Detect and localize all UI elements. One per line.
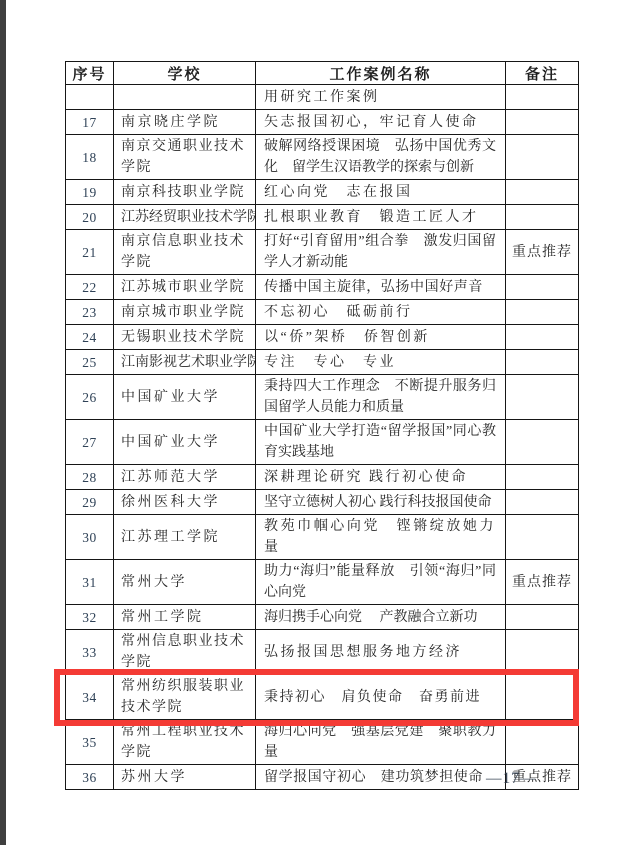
table-row: 27 中国矿业大学 中国矿业大学打造“留学报国”同心教育实践基地 xyxy=(66,420,579,465)
row-number xyxy=(66,85,114,110)
table-row: 33 常州信息职业技术学院 弘扬报国思想服务地方经济 xyxy=(66,630,579,675)
case-cell: 不忘初心 砥砺前行 xyxy=(256,300,506,325)
row-number: 19 xyxy=(66,180,114,205)
case-cell: 教苑巾帼心向党 铿锵绽放她力量 xyxy=(256,515,506,560)
case-cell: 留学报国守初心 建功筑梦担使命 xyxy=(256,765,506,790)
table-row: 32 常州工学院 海归携手心向党 产教融合立新功 xyxy=(66,605,579,630)
note-cell xyxy=(506,375,579,420)
school-cell: 江苏城市职业学院 xyxy=(114,275,256,300)
case-cell: 海归携手心向党 产教融合立新功 xyxy=(256,605,506,630)
school-cell: 常州工程职业技术学院 xyxy=(114,720,256,765)
table-row: 26 中国矿业大学 秉持四大工作理念 不断提升服务归国留学人员能力和质量 xyxy=(66,375,579,420)
row-number: 26 xyxy=(66,375,114,420)
table-row: 25 江南影视艺术职业学院 专注 专心 专业 xyxy=(66,350,579,375)
school-cell: 常州信息职业技术学院 xyxy=(114,630,256,675)
case-cell: 矢志报国初心，牢记育人使命 xyxy=(256,110,506,135)
note-cell xyxy=(506,350,579,375)
note-cell xyxy=(506,85,579,110)
table-row: 29 徐州医科大学 坚守立德树人初心 践行科技报国使命 xyxy=(66,490,579,515)
school-cell: 苏州大学 xyxy=(114,765,256,790)
case-cell: 中国矿业大学打造“留学报国”同心教育实践基地 xyxy=(256,420,506,465)
school-cell: 南京晓庄学院 xyxy=(114,110,256,135)
school-cell: 南京城市职业学院 xyxy=(114,300,256,325)
row-number: 32 xyxy=(66,605,114,630)
highlighted-row: 34 常州纺织服装职业技术学院 秉持初心 肩负使命 奋勇前进 xyxy=(66,675,579,720)
column-header-case: 工作案例名称 xyxy=(256,62,506,85)
school-cell: 江苏理工学院 xyxy=(114,515,256,560)
row-number: 31 xyxy=(66,560,114,605)
school-cell: 常州纺织服装职业技术学院 xyxy=(114,675,256,720)
table-row: 20 江苏经贸职业技术学院 扎根职业教育 锻造工匠人才 xyxy=(66,205,579,230)
row-number: 23 xyxy=(66,300,114,325)
table-row: 28 江苏师范大学 深耕理论研究 践行初心使命 xyxy=(66,465,579,490)
column-header-no: 序号 xyxy=(66,62,114,85)
table-row: 19 南京科技职业学院 红心向党 志在报国 xyxy=(66,180,579,205)
school-cell: 中国矿业大学 xyxy=(114,375,256,420)
table-row: 24 无锡职业技术学院 以“侨”架桥 侨智创新 xyxy=(66,325,579,350)
row-number: 29 xyxy=(66,490,114,515)
note-cell xyxy=(506,605,579,630)
note-cell xyxy=(506,515,579,560)
row-number: 25 xyxy=(66,350,114,375)
row-number: 22 xyxy=(66,275,114,300)
school-cell: 常州大学 xyxy=(114,560,256,605)
table-header-row: 序号 学校 工作案例名称 备注 xyxy=(66,62,579,85)
note-cell: 重点推荐 xyxy=(506,230,579,275)
page-number: —17— xyxy=(486,770,537,788)
note-cell xyxy=(506,325,579,350)
row-number: 17 xyxy=(66,110,114,135)
case-cell: 弘扬报国思想服务地方经济 xyxy=(256,630,506,675)
table-row: 17 南京晓庄学院 矢志报国初心，牢记育人使命 xyxy=(66,110,579,135)
note-cell xyxy=(506,720,579,765)
school-cell xyxy=(114,85,256,110)
row-number: 33 xyxy=(66,630,114,675)
column-header-note: 备注 xyxy=(506,62,579,85)
school-cell: 江苏经贸职业技术学院 xyxy=(114,205,256,230)
note-cell xyxy=(506,110,579,135)
school-cell: 江苏师范大学 xyxy=(114,465,256,490)
page-edge-shadow xyxy=(0,0,6,845)
school-cell: 无锡职业技术学院 xyxy=(114,325,256,350)
row-number: 28 xyxy=(66,465,114,490)
table-row: 21 南京信息职业技术学院 打好“引育留用”组合拳 激发归国留学人才新动能 重点… xyxy=(66,230,579,275)
school-cell: 南京科技职业学院 xyxy=(114,180,256,205)
school-cell: 南京交通职业技术学院 xyxy=(114,135,256,180)
case-cell: 坚守立德树人初心 践行科技报国使命 xyxy=(256,490,506,515)
note-cell xyxy=(506,465,579,490)
case-cell: 深耕理论研究 践行初心使命 xyxy=(256,465,506,490)
case-cell: 海归心向党 强基层党建 聚职教力量 xyxy=(256,720,506,765)
case-cell: 秉持初心 肩负使命 奋勇前进 xyxy=(256,675,506,720)
note-cell xyxy=(506,205,579,230)
row-number: 35 xyxy=(66,720,114,765)
table-row: 用研究工作案例 xyxy=(66,85,579,110)
row-number: 24 xyxy=(66,325,114,350)
case-cell: 助力“海归”能量释放 引领“海归”同心向党 xyxy=(256,560,506,605)
case-cell: 传播中国主旋律，弘扬中国好声音 xyxy=(256,275,506,300)
row-number: 18 xyxy=(66,135,114,180)
table-row: 31 常州大学 助力“海归”能量释放 引领“海归”同心向党 重点推荐 xyxy=(66,560,579,605)
school-cell: 常州工学院 xyxy=(114,605,256,630)
note-cell xyxy=(506,180,579,205)
scanned-document-page: { "document": { "page_number": "—17—" },… xyxy=(0,0,638,845)
note-cell xyxy=(506,300,579,325)
column-header-school: 学校 xyxy=(114,62,256,85)
note-cell xyxy=(506,420,579,465)
case-cell: 用研究工作案例 xyxy=(256,85,506,110)
note-cell xyxy=(506,490,579,515)
table-row: 22 江苏城市职业学院 传播中国主旋律，弘扬中国好声音 xyxy=(66,275,579,300)
row-number: 20 xyxy=(66,205,114,230)
case-cell: 以“侨”架桥 侨智创新 xyxy=(256,325,506,350)
table-row: 18 南京交通职业技术学院 破解网络授课困境 弘扬中国优秀文化 留学生汉语教学的… xyxy=(66,135,579,180)
case-cell: 扎根职业教育 锻造工匠人才 xyxy=(256,205,506,230)
school-cell: 南京信息职业技术学院 xyxy=(114,230,256,275)
row-number: 36 xyxy=(66,765,114,790)
table-row: 35 常州工程职业技术学院 海归心向党 强基层党建 聚职教力量 xyxy=(66,720,579,765)
table-row: 23 南京城市职业学院 不忘初心 砥砺前行 xyxy=(66,300,579,325)
note-cell xyxy=(506,630,579,675)
row-number: 30 xyxy=(66,515,114,560)
row-number: 34 xyxy=(66,675,114,720)
school-cell: 中国矿业大学 xyxy=(114,420,256,465)
table-row: 30 江苏理工学院 教苑巾帼心向党 铿锵绽放她力量 xyxy=(66,515,579,560)
case-cell: 专注 专心 专业 xyxy=(256,350,506,375)
row-number: 21 xyxy=(66,230,114,275)
school-cell: 徐州医科大学 xyxy=(114,490,256,515)
note-cell xyxy=(506,135,579,180)
cases-table: 序号 学校 工作案例名称 备注 用研究工作案例 17 南京晓庄学院 矢志报国初心… xyxy=(65,61,579,790)
note-cell xyxy=(506,275,579,300)
case-cell: 红心向党 志在报国 xyxy=(256,180,506,205)
case-cell: 秉持四大工作理念 不断提升服务归国留学人员能力和质量 xyxy=(256,375,506,420)
note-cell: 重点推荐 xyxy=(506,560,579,605)
case-cell: 打好“引育留用”组合拳 激发归国留学人才新动能 xyxy=(256,230,506,275)
note-cell xyxy=(506,675,579,720)
case-cell: 破解网络授课困境 弘扬中国优秀文化 留学生汉语教学的探索与创新 xyxy=(256,135,506,180)
row-number: 27 xyxy=(66,420,114,465)
school-cell: 江南影视艺术职业学院 xyxy=(114,350,256,375)
